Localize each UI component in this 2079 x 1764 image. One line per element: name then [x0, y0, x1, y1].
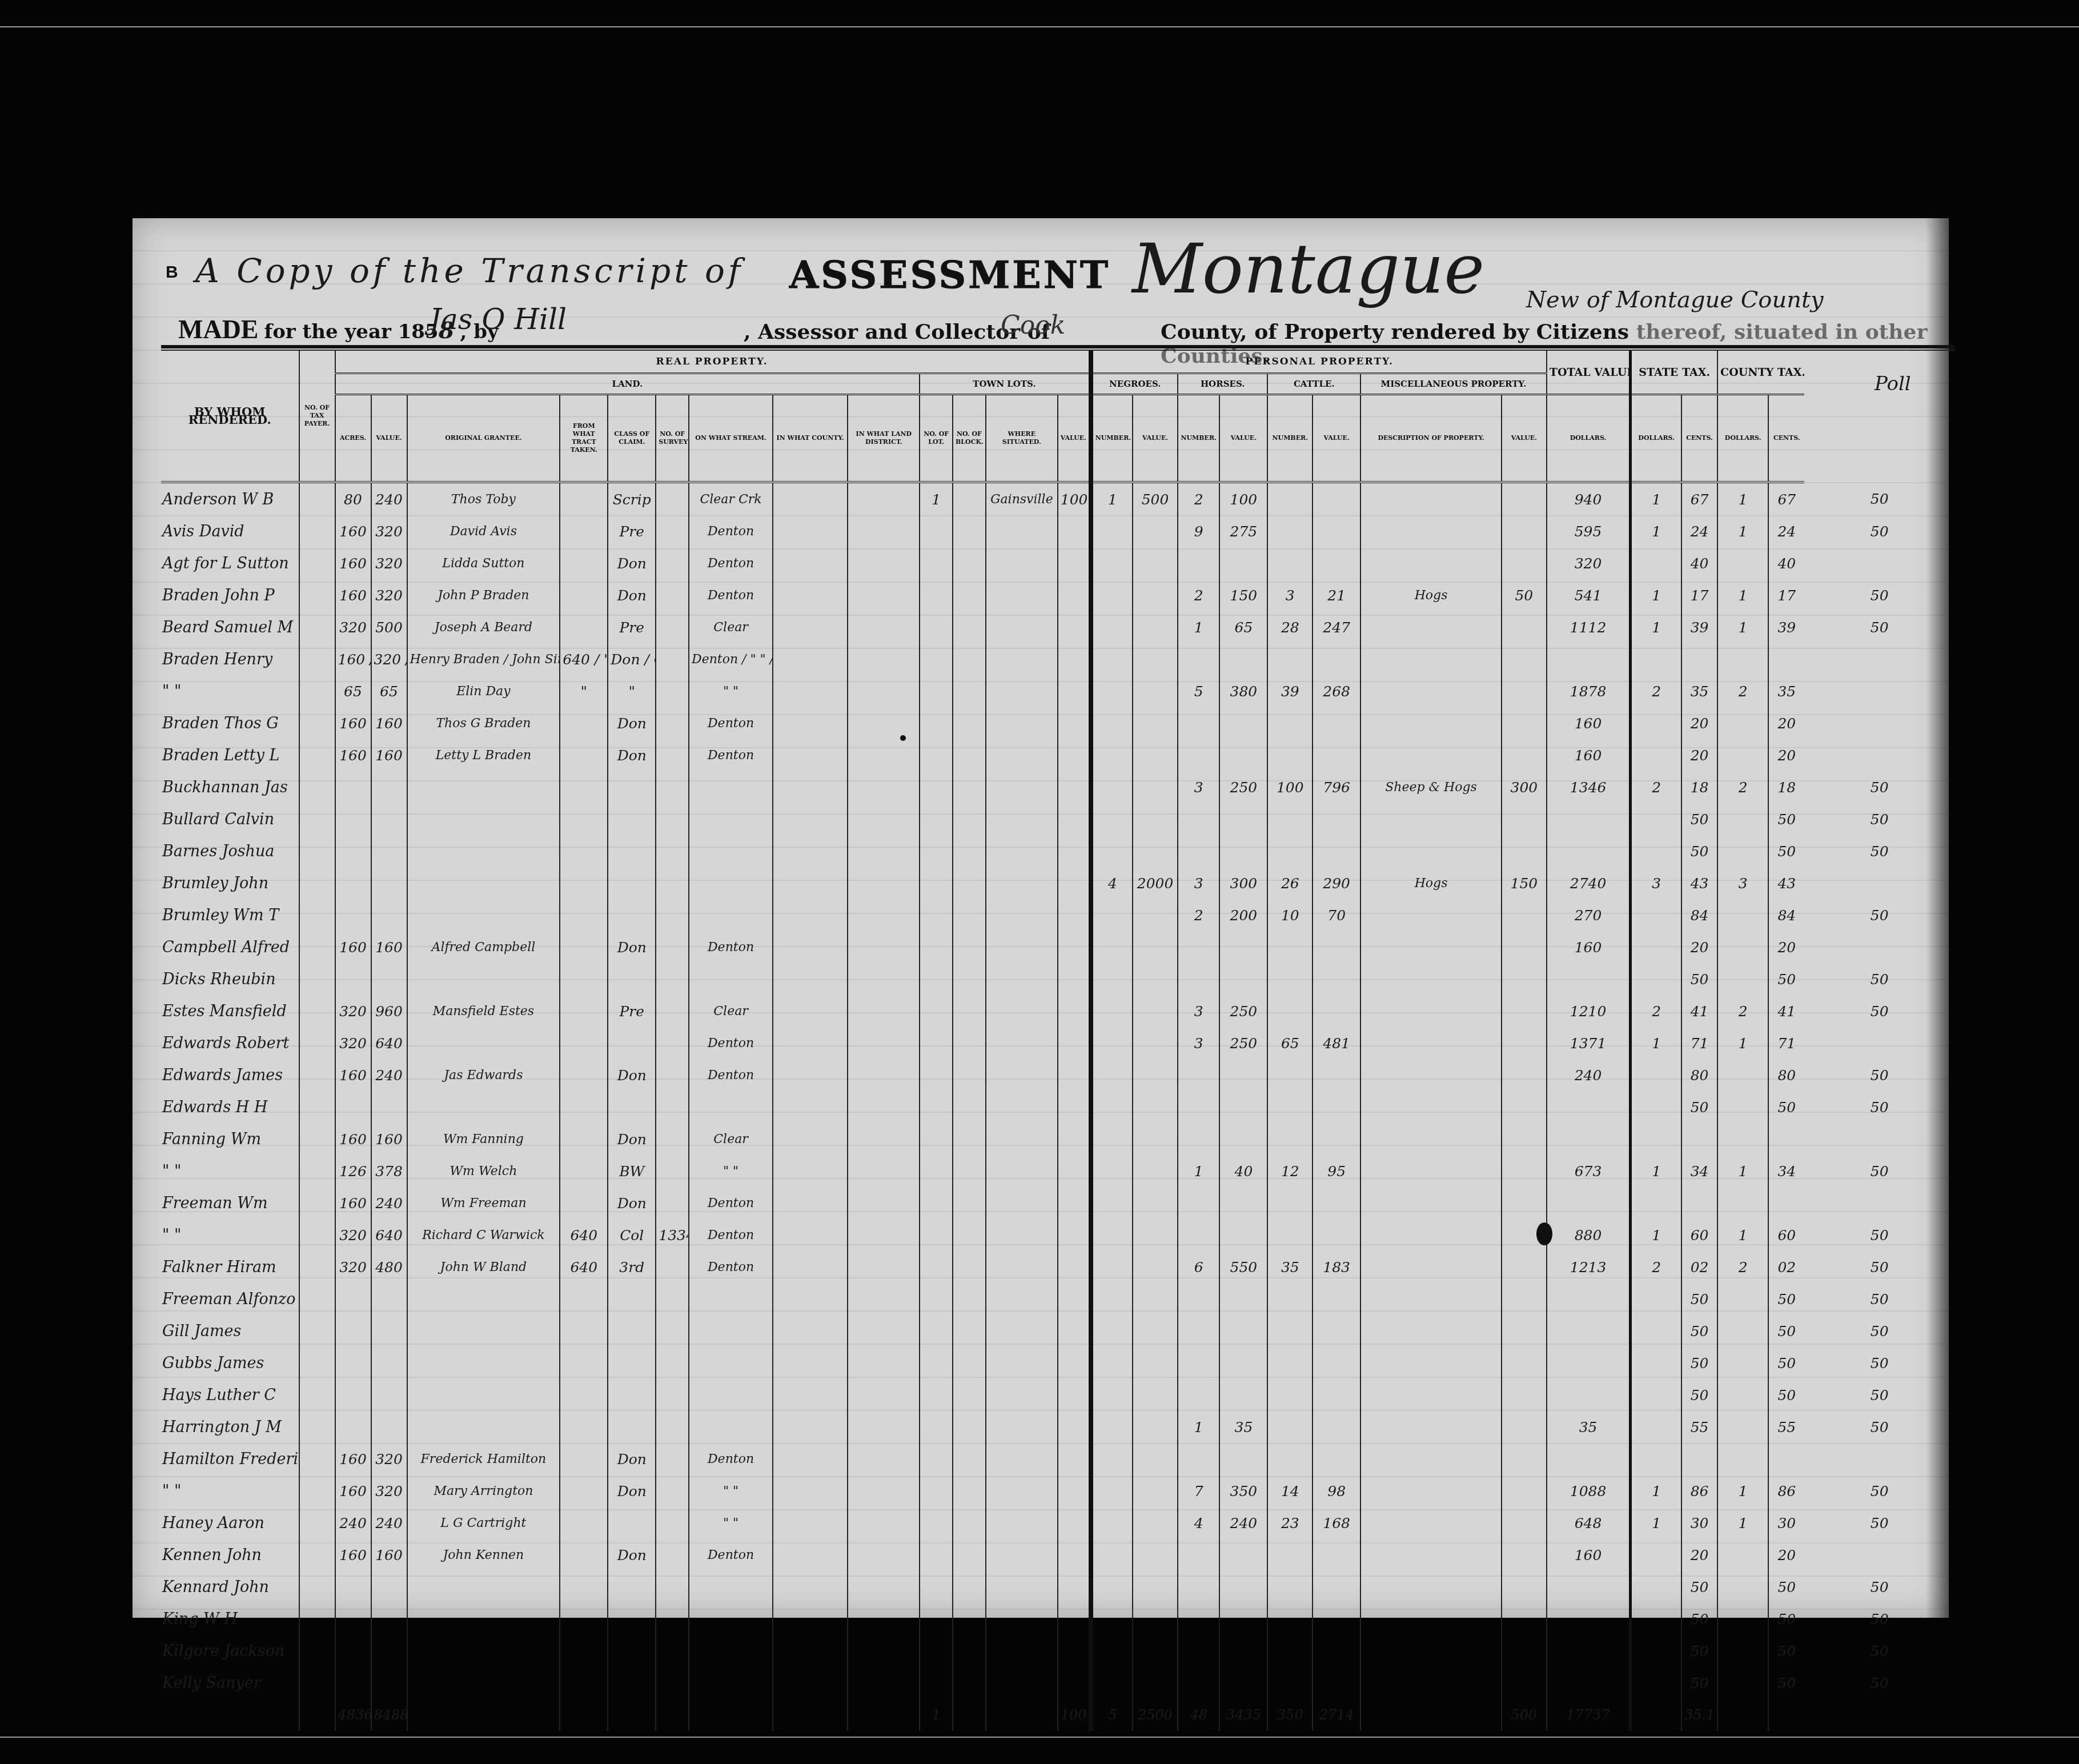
- cell-district: [848, 1027, 920, 1059]
- cell-st-d: [1631, 643, 1681, 675]
- cell-situated: [986, 1027, 1058, 1059]
- cell-st-c: [1681, 1123, 1717, 1155]
- cell-grantee: Henry Braden / John Siri / Elin Day: [407, 643, 560, 675]
- cell-hor-v: 240: [1219, 1507, 1267, 1539]
- table-row: Barnes Joshua505050: [161, 835, 1954, 867]
- cell-misc-v: [1502, 547, 1547, 579]
- table-row: Edwards Robert320640Denton32506548113711…: [161, 1027, 1954, 1059]
- cell-misc-d: [1360, 1443, 1502, 1475]
- cell-cat-v: [1313, 707, 1360, 739]
- cell-poll: 50: [1804, 1059, 1954, 1091]
- col-horses-value: VALUE.: [1219, 395, 1267, 483]
- cell-cat-n: [1267, 1219, 1313, 1251]
- cell-acres: [335, 867, 371, 899]
- cell-name: Kennen John: [161, 1539, 299, 1571]
- cell-hor-n: 1: [1178, 1411, 1220, 1443]
- cell-tax-payer-no: [299, 1507, 335, 1539]
- cell-block: [953, 739, 986, 771]
- cell-block: [953, 1603, 986, 1635]
- cell-lot: 1: [920, 482, 953, 515]
- cell-county: [773, 1667, 848, 1699]
- cell-hor-v: [1219, 707, 1267, 739]
- col-county-dollars: DOLLARS.: [1717, 395, 1768, 483]
- cell-value: [371, 963, 407, 995]
- cell-poll: [1804, 643, 1954, 675]
- cell-st-d: [1631, 1443, 1681, 1475]
- cell-name: Braden Thos G: [161, 707, 299, 739]
- cell-claim: [608, 899, 656, 931]
- cell-neg-v: [1133, 707, 1178, 739]
- cell-lot-value: [1058, 1251, 1091, 1283]
- cell-ct-d: [1717, 1283, 1768, 1315]
- cell-ct-c: 50: [1768, 1283, 1804, 1315]
- cell-neg-n: [1091, 1187, 1133, 1219]
- cell-acres: [335, 835, 371, 867]
- cell-hor-v: 35: [1219, 1411, 1267, 1443]
- cell-neg-n: [1091, 1347, 1133, 1379]
- cell-lot: [920, 771, 953, 803]
- cell-neg-n: [1091, 771, 1133, 803]
- cell-survey: [656, 1283, 689, 1315]
- cell-value: [371, 1315, 407, 1347]
- cell-total: [1547, 835, 1631, 867]
- cell-lot: [920, 1411, 953, 1443]
- cell-ct-c: 86: [1768, 1475, 1804, 1507]
- cell-survey: [656, 1379, 689, 1411]
- cell-situated: [986, 643, 1058, 675]
- cell-grantee: [407, 1667, 560, 1699]
- cell-hor-v: 275: [1219, 515, 1267, 547]
- cell-grantee: [407, 1347, 560, 1379]
- cell-neg-v: [1133, 1571, 1178, 1603]
- cell-county: [773, 515, 848, 547]
- cell-lot-value: 100: [1058, 482, 1091, 515]
- cell-claim: Don: [608, 1123, 656, 1155]
- cell-stream: [689, 771, 773, 803]
- cell-grantee: [407, 1315, 560, 1347]
- cell-cat-n: [1267, 1379, 1313, 1411]
- cell-situated: [986, 931, 1058, 963]
- cell-acres: [335, 963, 371, 995]
- cell-lot-value: [1058, 1059, 1091, 1091]
- cell-acres: 160: [335, 515, 371, 547]
- cell-district: [848, 643, 920, 675]
- cell-tract: [560, 1379, 608, 1411]
- table-row: " "126378Wm WelchBW" "140129567313413450: [161, 1155, 1954, 1187]
- cell-tract: [560, 579, 608, 611]
- cell-tract: [560, 771, 608, 803]
- cell-district: [848, 1059, 920, 1091]
- cell-district: [848, 1123, 920, 1155]
- cell-county: [773, 643, 848, 675]
- cell-grantee: Jas Edwards: [407, 1059, 560, 1091]
- cell-misc-d: [1360, 1411, 1502, 1443]
- cell-district: [848, 1091, 920, 1123]
- cell-poll: 50: [1804, 899, 1954, 931]
- cell-st-c: 50: [1681, 1603, 1717, 1635]
- cell-block: [953, 1347, 986, 1379]
- cell-stream: Denton: [689, 739, 773, 771]
- cell-st-c: 67: [1681, 482, 1717, 515]
- cell-situated: [986, 1379, 1058, 1411]
- col-state-dollars: DOLLARS.: [1631, 395, 1681, 483]
- cell-hor-v: [1219, 1283, 1267, 1315]
- cell-neg-n: [1091, 611, 1133, 643]
- cell-misc-v: [1502, 1187, 1547, 1219]
- cell-acres: 320: [335, 611, 371, 643]
- cell-misc-v: [1502, 1539, 1547, 1571]
- cell-county: [773, 675, 848, 707]
- cell-district: [848, 515, 920, 547]
- cell-district: [848, 771, 920, 803]
- cell-st-d: [1631, 1635, 1681, 1667]
- table-row: Kennard John505050: [161, 1571, 1954, 1603]
- cell-misc-v: [1502, 1155, 1547, 1187]
- total-neg-v: 2500: [1133, 1699, 1178, 1731]
- cell-county: [773, 547, 848, 579]
- cell-stream: Denton: [689, 1539, 773, 1571]
- cell-poll: [1804, 1539, 1954, 1571]
- col-negroes-number: NUMBER.: [1091, 395, 1133, 483]
- cell-grantee: Thos Toby: [407, 482, 560, 515]
- cell-name: Edwards James: [161, 1059, 299, 1091]
- cell-name: Agt for L Sutton: [161, 547, 299, 579]
- cell-value: 240: [371, 482, 407, 515]
- cell-neg-v: [1133, 1315, 1178, 1347]
- cell-tract: [560, 1283, 608, 1315]
- cell-hor-v: [1219, 1187, 1267, 1219]
- cell-claim: Don: [608, 707, 656, 739]
- cell-tax-payer-no: [299, 995, 335, 1027]
- cell-district: [848, 1315, 920, 1347]
- cell-st-c: 02: [1681, 1251, 1717, 1283]
- cell-block: [953, 995, 986, 1027]
- cell-st-d: [1631, 803, 1681, 835]
- cell-tax-payer-no: [299, 1667, 335, 1699]
- cell-st-d: [1631, 899, 1681, 931]
- cell-hor-n: [1178, 835, 1220, 867]
- total-ct-d: [1717, 1699, 1768, 1731]
- cell-st-d: [1631, 1347, 1681, 1379]
- cell-cat-n: [1267, 739, 1313, 771]
- cell-lot-value: [1058, 1187, 1091, 1219]
- cell-misc-v: 50: [1502, 579, 1547, 611]
- cell-ct-d: [1717, 1091, 1768, 1123]
- cell-cat-n: [1267, 1091, 1313, 1123]
- cell-tax-payer-no: [299, 1283, 335, 1315]
- cell-misc-d: [1360, 643, 1502, 675]
- cell-tract: [560, 1091, 608, 1123]
- cell-name: " ": [161, 1475, 299, 1507]
- cell-lot-value: [1058, 867, 1091, 899]
- cell-misc-v: [1502, 1027, 1547, 1059]
- cell-value: 320: [371, 579, 407, 611]
- cell-block: [953, 1283, 986, 1315]
- cell-claim: [608, 1603, 656, 1635]
- cell-ct-c: 50: [1768, 835, 1804, 867]
- cell-lot: [920, 1123, 953, 1155]
- cell-ct-c: [1768, 1123, 1804, 1155]
- cell-st-d: [1631, 1091, 1681, 1123]
- cell-hor-n: [1178, 1059, 1220, 1091]
- cell-value: [371, 803, 407, 835]
- ledger-table: BY WHOM RENDERED. No. of Tax Payer. REAL…: [161, 351, 1954, 1731]
- cell-ct-c: 50: [1768, 1315, 1804, 1347]
- cell-value: 640: [371, 1027, 407, 1059]
- cell-claim: ": [608, 675, 656, 707]
- cell-misc-v: [1502, 611, 1547, 643]
- cell-acres: 320: [335, 1027, 371, 1059]
- cell-claim: [608, 1571, 656, 1603]
- cell-hor-v: 250: [1219, 1027, 1267, 1059]
- cell-acres: 160: [335, 579, 371, 611]
- cell-stream: [689, 1411, 773, 1443]
- cell-block: [953, 1059, 986, 1091]
- cell-total: 1112: [1547, 611, 1631, 643]
- cell-misc-v: [1502, 1667, 1547, 1699]
- cell-cat-n: [1267, 1571, 1313, 1603]
- cell-neg-n: [1091, 1411, 1133, 1443]
- ledger-table-wrap: BY WHOM RENDERED. No. of Tax Payer. REAL…: [161, 351, 1954, 1731]
- cell-county: [773, 1027, 848, 1059]
- cell-st-c: 50: [1681, 1315, 1717, 1347]
- cell-neg-v: [1133, 931, 1178, 963]
- col-misc-value: VALUE.: [1502, 395, 1547, 483]
- cell-acres: 160: [335, 1123, 371, 1155]
- cell-district: [848, 1379, 920, 1411]
- cell-neg-n: 4: [1091, 867, 1133, 899]
- cell-lot-value: [1058, 1123, 1091, 1155]
- cell-county: [773, 867, 848, 899]
- cell-lot: [920, 1443, 953, 1475]
- cell-poll: [1804, 867, 1954, 899]
- cell-grantee: David Avis: [407, 515, 560, 547]
- cell-hor-v: [1219, 1059, 1267, 1091]
- cell-situated: [986, 867, 1058, 899]
- cell-lot-value: [1058, 1475, 1091, 1507]
- cell-block: [953, 579, 986, 611]
- cell-st-d: 2: [1631, 675, 1681, 707]
- cell-name: Gill James: [161, 1315, 299, 1347]
- cell-ct-d: [1717, 1187, 1768, 1219]
- cell-acres: 126: [335, 1155, 371, 1187]
- total-st-d: [1631, 1699, 1681, 1731]
- cell-poll: 50: [1804, 1667, 1954, 1699]
- cell-situated: [986, 1123, 1058, 1155]
- cell-stream: Denton: [689, 707, 773, 739]
- table-row: Braden Henry160 / 270 / 375320 / 270 / 5…: [161, 643, 1954, 675]
- cell-tax-payer-no: [299, 1059, 335, 1091]
- cell-name: Hays Luther C: [161, 1379, 299, 1411]
- total-name: [161, 1699, 299, 1731]
- cell-value: [371, 1571, 407, 1603]
- cell-cat-v: 796: [1313, 771, 1360, 803]
- cell-survey: [656, 899, 689, 931]
- cell-situated: [986, 675, 1058, 707]
- cell-block: [953, 1315, 986, 1347]
- cell-lot: [920, 1379, 953, 1411]
- cell-acres: 160: [335, 931, 371, 963]
- cell-survey: [656, 1539, 689, 1571]
- cell-cat-v: 183: [1313, 1251, 1360, 1283]
- cell-grantee: Elin Day: [407, 675, 560, 707]
- cell-hor-n: 4: [1178, 1507, 1220, 1539]
- table-row: Brumley John42000330026290Hogs1502740343…: [161, 867, 1954, 899]
- cell-tax-payer-no: [299, 1251, 335, 1283]
- cell-neg-v: [1133, 835, 1178, 867]
- table-row: Freeman Wm160240Wm FreemanDonDenton: [161, 1187, 1954, 1219]
- cell-value: 65: [371, 675, 407, 707]
- cell-survey: [656, 1603, 689, 1635]
- table-row: Gill James505050: [161, 1315, 1954, 1347]
- cell-poll: 50: [1804, 515, 1954, 547]
- cell-tax-payer-no: [299, 1475, 335, 1507]
- cell-neg-v: [1133, 995, 1178, 1027]
- col-acres: Acres.: [335, 395, 371, 483]
- cell-situated: [986, 1059, 1058, 1091]
- cell-ct-c: 24: [1768, 515, 1804, 547]
- cell-poll: 50: [1804, 611, 1954, 643]
- cell-claim: [608, 1283, 656, 1315]
- cell-misc-d: [1360, 707, 1502, 739]
- scan-frame-bottom-line: [0, 1737, 2079, 1738]
- cell-ct-d: [1717, 963, 1768, 995]
- cell-st-c: 60: [1681, 1219, 1717, 1251]
- cell-st-c: 39: [1681, 611, 1717, 643]
- cell-cat-n: [1267, 995, 1313, 1027]
- cell-cat-n: [1267, 803, 1313, 835]
- cell-cat-v: [1313, 515, 1360, 547]
- cell-stream: Denton: [689, 547, 773, 579]
- cell-ct-c: [1768, 1187, 1804, 1219]
- cell-survey: [656, 1027, 689, 1059]
- cell-neg-v: 2000: [1133, 867, 1178, 899]
- cell-lot-value: [1058, 1667, 1091, 1699]
- cell-name: Hamilton Frederick: [161, 1443, 299, 1475]
- cell-ct-d: [1717, 547, 1768, 579]
- cell-grantee: Lidda Sutton: [407, 547, 560, 579]
- cell-misc-v: [1502, 1315, 1547, 1347]
- table-row: Haney Aaron240240L G Cartright" "4240231…: [161, 1507, 1954, 1539]
- col-land-value: Value.: [371, 395, 407, 483]
- cell-ct-c: 55: [1768, 1411, 1804, 1443]
- cell-name: Barnes Joshua: [161, 835, 299, 867]
- cell-lot-value: [1058, 611, 1091, 643]
- cell-lot-value: [1058, 1379, 1091, 1411]
- table-row: Gubbs James505050: [161, 1347, 1954, 1379]
- cell-claim: [608, 1379, 656, 1411]
- cell-cat-v: 268: [1313, 675, 1360, 707]
- cell-neg-v: [1133, 963, 1178, 995]
- cell-hor-n: [1178, 803, 1220, 835]
- cell-district: [848, 675, 920, 707]
- cell-claim: Don: [608, 1539, 656, 1571]
- cell-survey: [656, 963, 689, 995]
- cell-misc-d: [1360, 1347, 1502, 1379]
- cell-total: 160: [1547, 739, 1631, 771]
- cell-total: [1547, 963, 1631, 995]
- cell-misc-v: [1502, 1123, 1547, 1155]
- cell-neg-v: [1133, 803, 1178, 835]
- cell-value: [371, 1347, 407, 1379]
- cell-st-c: 50: [1681, 1667, 1717, 1699]
- cell-cat-n: [1267, 963, 1313, 995]
- form-letter: B: [166, 263, 178, 282]
- cell-hor-v: [1219, 1091, 1267, 1123]
- cell-ct-d: [1717, 643, 1768, 675]
- cell-value: 640: [371, 1219, 407, 1251]
- cell-tax-payer-no: [299, 643, 335, 675]
- cell-acres: [335, 1283, 371, 1315]
- cell-survey: [656, 1443, 689, 1475]
- table-row: Kelly Sanyer505050: [161, 1667, 1954, 1699]
- cell-stream: [689, 1635, 773, 1667]
- cell-lot-value: [1058, 899, 1091, 931]
- col-by-whom-rendered: BY WHOM RENDERED.: [161, 351, 299, 482]
- cell-block: [953, 1251, 986, 1283]
- cell-name: Campbell Alfred: [161, 931, 299, 963]
- cell-lot-value: [1058, 1507, 1091, 1539]
- cell-block: [953, 963, 986, 995]
- cell-acres: 65: [335, 675, 371, 707]
- cell-ct-d: [1717, 707, 1768, 739]
- cell-lot: [920, 803, 953, 835]
- cell-cat-n: [1267, 835, 1313, 867]
- cell-situated: [986, 1539, 1058, 1571]
- cell-hor-n: 2: [1178, 899, 1220, 931]
- cell-situated: [986, 1315, 1058, 1347]
- cell-lot: [920, 675, 953, 707]
- cell-lot: [920, 611, 953, 643]
- cell-hor-n: [1178, 1667, 1220, 1699]
- cell-situated: [986, 707, 1058, 739]
- cell-survey: [656, 931, 689, 963]
- cell-neg-n: [1091, 1379, 1133, 1411]
- total-cat-v: 2714: [1313, 1699, 1360, 1731]
- cell-neg-n: 1: [1091, 482, 1133, 515]
- cell-stream: [689, 1283, 773, 1315]
- cell-cat-v: [1313, 643, 1360, 675]
- cell-block: [953, 771, 986, 803]
- group-land: LAND.: [335, 374, 920, 395]
- cell-hor-n: [1178, 1443, 1220, 1475]
- cell-neg-n: [1091, 1283, 1133, 1315]
- cell-total: 1878: [1547, 675, 1631, 707]
- cell-county: [773, 579, 848, 611]
- cell-claim: [608, 963, 656, 995]
- cell-st-d: [1631, 1283, 1681, 1315]
- cell-survey: [656, 1571, 689, 1603]
- col-on-what-stream: On what Stream.: [689, 395, 773, 483]
- cell-misc-v: [1502, 643, 1547, 675]
- cell-survey: 1334: [656, 1219, 689, 1251]
- cell-tract: [560, 515, 608, 547]
- cell-st-c: 43: [1681, 867, 1717, 899]
- cell-total: 880: [1547, 1219, 1631, 1251]
- cell-hor-v: 550: [1219, 1251, 1267, 1283]
- cell-cat-n: 14: [1267, 1475, 1313, 1507]
- cell-survey: [656, 515, 689, 547]
- cell-value: 320 / 270 / 575: [371, 643, 407, 675]
- cell-lot: [920, 547, 953, 579]
- cell-stream: " ": [689, 1155, 773, 1187]
- group-total-value: TOTAL VALUE.: [1547, 351, 1631, 395]
- table-row: Kennen John160160John KennenDonDenton160…: [161, 1539, 1954, 1571]
- ink-dot: [900, 735, 906, 741]
- cell-survey: [656, 867, 689, 899]
- cell-misc-d: [1360, 1187, 1502, 1219]
- cell-ct-c: 84: [1768, 899, 1804, 931]
